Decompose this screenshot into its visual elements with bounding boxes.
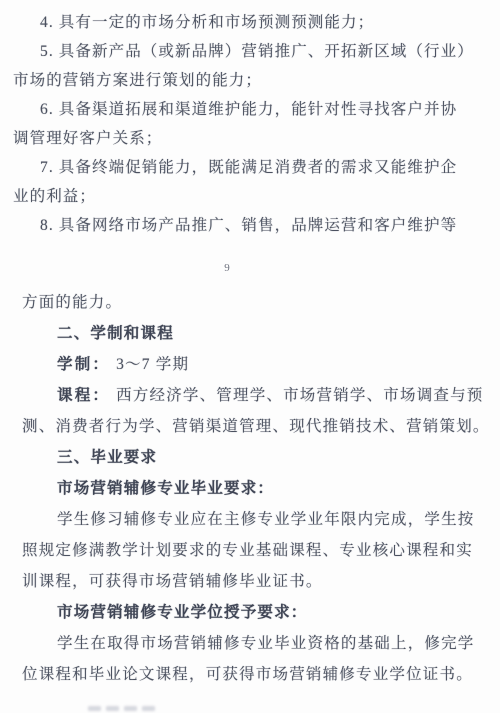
continuation-line: 方面的能力。 xyxy=(22,287,488,318)
section-2-heading: 二、学制和课程 xyxy=(22,318,488,349)
courses-value-line-1: 西方经济学、管理学、市场营销学、市场调查与预 xyxy=(116,387,483,404)
schooling-line: 学制：3～7 学期 xyxy=(22,349,488,380)
item-6-line-2: 调管理好客户关系； xyxy=(13,124,488,153)
schooling-value: 3～7 学期 xyxy=(116,356,189,373)
schooling-label: 学制： xyxy=(57,356,110,373)
item-7-line-2: 业的利益； xyxy=(13,182,488,211)
courses-line-2: 测、消费者行为学、营销渠道管理、现代推销技术、营销策划。 xyxy=(22,411,488,442)
minor-graduation-line-2: 照规定修满教学计划要求的专业基础课程、专业核心课程和实 xyxy=(22,535,488,566)
item-5-line-1: 5. 具备新产品（或新品牌）营销推广、开拓新区域（行业） xyxy=(13,37,488,66)
page-top-section: 4. 具有一定的市场分析和市场预测预测能力； 5. 具备新产品（或新品牌）营销推… xyxy=(0,0,500,240)
minor-degree-line-1: 学生在取得市场营销辅修专业毕业资格的基础上，修完学 xyxy=(22,628,488,659)
section-3-heading: 三、毕业要求 xyxy=(22,442,488,473)
page-bottom-section: 方面的能力。 二、学制和课程 学制：3～7 学期 课程：西方经济学、管理学、市场… xyxy=(0,282,500,690)
page-number-row: 9 xyxy=(0,262,500,282)
minor-graduation-line-1: 学生修习辅修专业应在主修专业学业年限内完成，学生按 xyxy=(22,504,488,535)
item-7-line-1: 7. 具备终端促销能力，既能满足消费者的需求又能维护企 xyxy=(13,153,488,182)
page-number: 9 xyxy=(224,262,230,274)
item-8: 8. 具备网络市场产品推广、销售，品牌运营和客户维护等 xyxy=(13,211,488,240)
scanned-document-page: 4. 具有一定的市场分析和市场预测预测能力； 5. 具备新产品（或新品牌）营销推… xyxy=(0,0,500,713)
courses-label: 课程： xyxy=(57,387,110,404)
item-5-line-2: 市场的营销方案进行策划的能力； xyxy=(13,66,488,95)
courses-line-1: 课程：西方经济学、管理学、市场营销学、市场调查与预 xyxy=(22,380,488,411)
minor-degree-line-2: 位课程和毕业论文课程，可获得市场营销辅修专业学位证书。 xyxy=(22,659,488,690)
item-6-line-1: 6. 具备渠道拓展和渠道维护能力，能针对性寻找客户并协 xyxy=(13,95,488,124)
item-4: 4. 具有一定的市场分析和市场预测预测能力； xyxy=(13,8,488,37)
cutoff-text-fragment xyxy=(88,706,155,711)
minor-graduation-line-3: 训课程，可获得市场营销辅修毕业证书。 xyxy=(22,566,488,597)
minor-graduation-heading: 市场营销辅修专业毕业要求： xyxy=(22,473,488,504)
minor-degree-heading: 市场营销辅修专业学位授予要求： xyxy=(22,597,488,628)
